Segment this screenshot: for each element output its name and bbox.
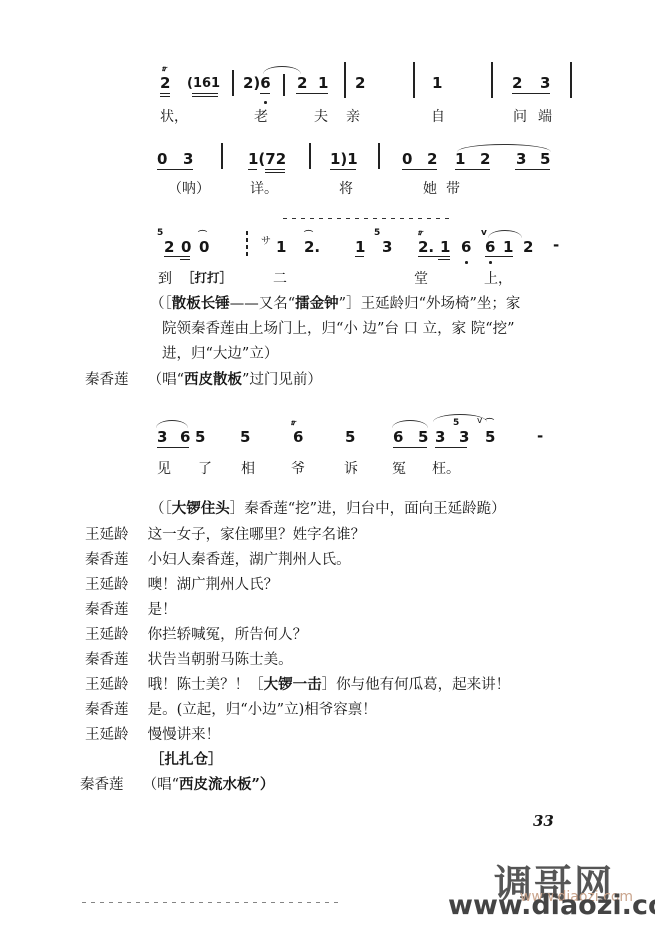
percussion-cue: ［扎扎仓］ <box>150 748 223 769</box>
scan-artifact <box>283 218 453 219</box>
lyric: 状， <box>160 106 188 126</box>
note: 3 <box>459 428 469 446</box>
text: ”］王延龄归“外场椅”坐；家 <box>339 296 521 312</box>
note: 5 <box>418 428 428 446</box>
underline <box>260 93 270 94</box>
note: 6 <box>393 428 403 446</box>
lyric: 上， <box>484 268 512 288</box>
line-text: 你拦轿喊冤，所告何人？ <box>148 627 308 643</box>
lyric: 亲 <box>346 106 360 126</box>
lyric: 相 <box>241 458 255 478</box>
dialogue-line: 秦香莲 是！ <box>85 598 177 619</box>
note: 6 <box>485 238 495 256</box>
speaker-name: 秦香莲 <box>85 372 129 388</box>
line-text: 这一女子，家住哪里？姓字名谁？ <box>148 527 366 543</box>
page-number: 33 <box>533 812 554 830</box>
barline <box>378 143 380 169</box>
line-text: （唱“西皮流水板”） <box>143 777 275 793</box>
lyric: 自 <box>431 106 445 126</box>
lyric: 诉 <box>344 458 358 478</box>
underline <box>418 256 450 257</box>
percussion-alias: 擂金钟 <box>295 295 339 312</box>
line-text: 是。(立起，归“小边”立)相爷容禀！ <box>148 702 377 718</box>
note: 2. <box>304 238 320 256</box>
speaker-name: 秦香莲 <box>85 702 129 718</box>
speaker-name: 秦香莲 <box>80 777 124 793</box>
underline <box>157 169 193 170</box>
slur <box>488 230 522 238</box>
note: 1 <box>276 238 286 256</box>
underline <box>485 256 513 257</box>
line-text: 是！ <box>148 602 177 618</box>
watermark-url: www.diaozi.com <box>448 890 655 921</box>
dialogue-line: 秦香莲 是。(立起，归“小边”立)相爷容禀！ <box>85 698 377 719</box>
barline <box>413 62 415 98</box>
underline <box>330 169 356 170</box>
underline <box>355 256 364 257</box>
lyric: 夫 <box>314 106 328 126</box>
dialogue-line: 王延龄 这一女子，家住哪里？姓字名谁？ <box>85 523 365 544</box>
lyric: 将 <box>339 178 353 198</box>
note: 1 <box>432 74 442 92</box>
free-tempo-mark: サ <box>261 232 271 247</box>
underline <box>402 169 437 170</box>
text: （［ <box>150 501 172 517</box>
barline <box>309 143 311 169</box>
percussion-name: 散板长锤 <box>172 295 230 312</box>
note: 1 <box>455 150 465 168</box>
dashed-barline <box>246 231 248 259</box>
lyric: 端 <box>538 106 552 126</box>
underline <box>157 447 189 448</box>
speaker-name: 王延龄 <box>85 727 129 743</box>
text: ］秦香莲“挖”进，归台中，面向王延龄跪） <box>230 501 506 517</box>
note: 3 <box>382 238 392 256</box>
low-octave-dot <box>465 261 468 264</box>
note: 2 <box>427 150 437 168</box>
note: 6 <box>293 428 303 446</box>
trill-icon: 𝆖 <box>162 64 167 74</box>
stage-direction: （［散板长锤——又名“擂金钟”］王延龄归“外场椅”坐；家 院领秦香莲由上场门上，… <box>150 291 520 367</box>
lyric: 详。 <box>250 178 278 198</box>
note: 6 <box>461 238 471 256</box>
note: 1 <box>503 238 513 256</box>
note: 5 <box>345 428 355 446</box>
stage-direction: （［大锣住头］秦香莲“挖”进，归台中，面向王延龄跪） <box>150 496 506 522</box>
underline <box>160 96 170 97</box>
speaker-name: 秦香莲 <box>85 552 129 568</box>
extension-dash: - <box>553 236 559 254</box>
speaker-name: 秦香莲 <box>85 652 129 668</box>
barline <box>221 143 223 169</box>
lyric: 她 <box>423 178 437 198</box>
breath-mark: v <box>477 416 482 426</box>
slur <box>392 420 428 428</box>
lyric: 见 <box>157 458 171 478</box>
note: 2 <box>164 238 174 256</box>
grace-note: 5 <box>453 418 459 428</box>
lyric: 带 <box>446 178 460 198</box>
dialogue-line: 王延龄 哦！陈士美？！［大锣一击］你与他有何瓜葛，起来讲！ <box>85 673 510 694</box>
dialogue-line: 王延龄 你拦轿喊冤，所告何人？ <box>85 623 307 644</box>
note: 2 <box>160 74 170 92</box>
underline <box>265 169 285 170</box>
barline <box>491 62 493 98</box>
text: ——又名“ <box>230 296 295 312</box>
lyric: 堂 <box>414 268 428 288</box>
text: 院领秦香莲由上场门上，归“小 边”台 口 立，家 院“挖” <box>150 317 520 342</box>
dialogue-line: 王延龄 慢慢讲来！ <box>85 723 220 744</box>
note: 5 <box>485 428 495 446</box>
extension-dash: - <box>537 427 543 445</box>
note: 3 <box>435 428 445 446</box>
lyric: 到 <box>158 268 172 288</box>
note: 3 <box>183 150 193 168</box>
note: 2. <box>418 238 434 256</box>
underline <box>435 447 467 448</box>
dialogue-line: 秦香莲 状告当朝驸马陈士美。 <box>85 648 293 669</box>
slur <box>263 66 301 74</box>
note: 5 <box>195 428 205 446</box>
low-octave-dot <box>264 101 267 104</box>
note-group: 2)6 <box>243 74 271 92</box>
grace-note: 5 <box>157 228 163 238</box>
note: 2 <box>512 74 522 92</box>
low-octave-dot <box>489 261 492 264</box>
speaker-name: 王延龄 <box>85 677 129 693</box>
lyric: 爷 <box>291 458 305 478</box>
dialogue-line: 秦香莲 （唱“西皮散板”过门见前） <box>85 368 322 389</box>
underline <box>393 447 427 448</box>
note: 6 <box>180 428 190 446</box>
lyric: 了 <box>198 458 212 478</box>
breath-mark: v <box>481 228 487 238</box>
underline <box>248 169 257 170</box>
underline <box>160 93 170 94</box>
barline <box>232 70 234 96</box>
percussion-cue: ［打打］ <box>182 268 232 286</box>
note-group: 1(72 <box>248 150 286 168</box>
line-text: 小妇人秦香莲，湖广荆州人氏。 <box>148 552 351 568</box>
trill-icon: 𝆖 <box>291 418 296 428</box>
underline <box>265 172 285 173</box>
lyric: 冤 <box>392 458 406 478</box>
note-group: (161 <box>187 76 220 91</box>
note-group: 1)1 <box>330 150 358 168</box>
line-text: 状告当朝驸马陈士美。 <box>148 652 293 668</box>
note: 1 <box>355 238 365 256</box>
note: 2 <box>355 74 365 92</box>
underline <box>455 169 490 170</box>
note: 3 <box>516 150 526 168</box>
note: 0 <box>181 238 191 256</box>
barline <box>570 62 572 98</box>
note: 0 <box>157 150 167 168</box>
underline <box>296 93 328 94</box>
underline <box>438 259 450 260</box>
slur <box>457 144 551 152</box>
line-text: 慢慢讲来！ <box>148 727 221 743</box>
note: 2 <box>480 150 490 168</box>
barline <box>283 74 285 96</box>
note: 5 <box>540 150 550 168</box>
note: 2 <box>297 74 307 92</box>
scan-artifact <box>82 902 340 903</box>
speaker-name: 王延龄 <box>85 627 129 643</box>
percussion-name: 大锣住头 <box>172 500 230 517</box>
lyric: 问 <box>513 106 527 126</box>
note: 5 <box>240 428 250 446</box>
note: 3 <box>540 74 550 92</box>
underline <box>192 93 218 94</box>
dialogue-line: 王延龄 噢！湖广荆州人氏？ <box>85 573 278 594</box>
dialogue-line: 秦香莲 （唱“西皮流水板”） <box>80 773 274 794</box>
note: 1 <box>440 238 450 256</box>
underline <box>180 259 190 260</box>
underline <box>164 256 190 257</box>
lyric: 枉。 <box>432 458 460 478</box>
fermata-icon: ⌒ <box>198 228 207 241</box>
dialogue-line: 秦香莲 小妇人秦香莲，湖广荆州人氏。 <box>85 548 351 569</box>
grace-note: 5 <box>374 228 380 238</box>
underline <box>512 93 550 94</box>
barline <box>344 62 346 98</box>
note: 3 <box>157 428 167 446</box>
line-text: 噢！湖广荆州人氏？ <box>148 577 279 593</box>
trill-icon: 𝆖 <box>418 228 423 238</box>
lyric: 老 <box>254 106 268 126</box>
speaker-name: 王延龄 <box>85 527 129 543</box>
underline <box>192 96 218 97</box>
note: 1 <box>318 74 328 92</box>
line-text: 哦！陈士美？！［大锣一击］你与他有何瓜葛，起来讲！ <box>148 677 511 693</box>
note: 0 <box>402 150 412 168</box>
text: 进，归“大边”立） <box>150 342 520 367</box>
lyric: （呐） <box>168 178 210 198</box>
speaker-name: 秦香莲 <box>85 602 129 618</box>
line-text: （唱“西皮散板”过门见前） <box>148 372 322 388</box>
speaker-name: 王延龄 <box>85 577 129 593</box>
lyric: 二 <box>273 268 287 288</box>
note: 2 <box>523 238 533 256</box>
text: （［ <box>150 296 172 312</box>
underline <box>515 169 550 170</box>
slur <box>156 420 188 428</box>
